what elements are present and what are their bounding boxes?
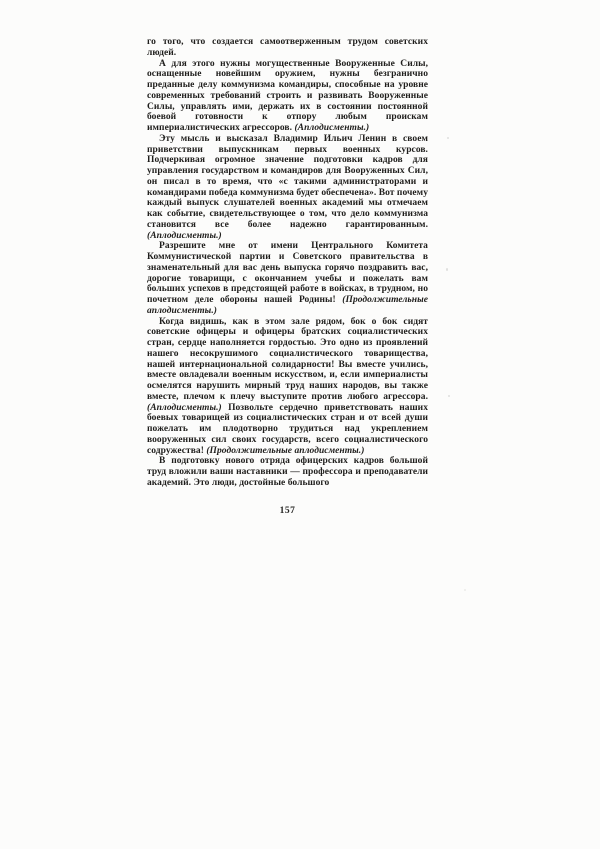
scan-speck bbox=[448, 395, 450, 397]
text-block: го того, что создается самоотверженным т… bbox=[147, 37, 428, 489]
paragraph-continuation: го того, что создается самоотверженным т… bbox=[147, 37, 428, 59]
stage-direction: (Продолжительные аплодисменты.) bbox=[206, 446, 364, 456]
text-run: Эту мысль и высказал Владимир Ильич Лени… bbox=[147, 134, 428, 230]
paragraph: Когда видишь, как в этом зале рядом, бок… bbox=[147, 317, 428, 457]
stage-direction: (Аплодисменты.) bbox=[147, 403, 222, 413]
text-run: В подготовку нового отряда офицерских ка… bbox=[147, 456, 428, 488]
scan-speck bbox=[464, 589, 466, 591]
text-run: го того, что создается самоотверженным т… bbox=[147, 37, 428, 58]
paragraph: В подготовку нового отряда офицерских ка… bbox=[147, 456, 428, 488]
page-number: 157 bbox=[147, 506, 428, 516]
scan-speck bbox=[447, 137, 449, 139]
paragraph: Эту мысль и высказал Владимир Ильич Лени… bbox=[147, 134, 428, 242]
text-run: А для этого нужны могущественные Вооруже… bbox=[147, 59, 428, 134]
paragraph: Разрешите мне от имени Центрального Коми… bbox=[147, 241, 428, 316]
stage-direction: (Аплодисменты.) bbox=[147, 231, 222, 241]
stage-direction: (Аплодисменты.) bbox=[294, 123, 369, 133]
scan-speck bbox=[446, 268, 448, 271]
text-run: Когда видишь, как в этом зале рядом, бок… bbox=[147, 317, 428, 402]
paragraph: А для этого нужны могущественные Вооруже… bbox=[147, 59, 428, 134]
scanned-book-page: го того, что создается самоотверженным т… bbox=[0, 0, 600, 849]
